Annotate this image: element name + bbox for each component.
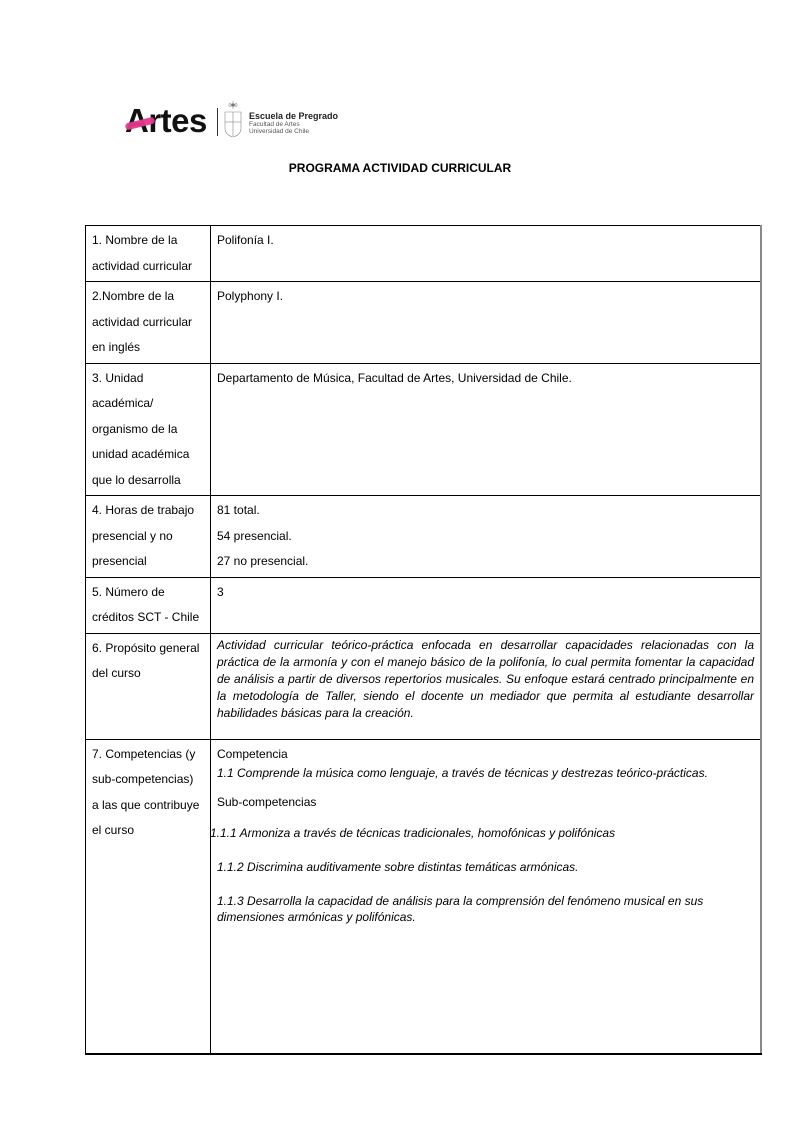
hours-no-presencial: 27 no presencial. xyxy=(217,549,754,575)
logo-divider xyxy=(217,108,218,136)
row-label: 4. Horas de trabajo presencial y no pres… xyxy=(86,496,211,578)
row-value: Polyphony I. xyxy=(211,282,762,364)
table-row: 6. Propósito general del curso Actividad… xyxy=(86,633,762,739)
label-line: sub-competencias) xyxy=(92,767,204,793)
label-line: presencial xyxy=(92,549,204,575)
label-line: créditos SCT - Chile xyxy=(92,605,204,631)
label-line: 6. Propósito general xyxy=(92,636,204,662)
activity-name-english: Polyphony I. xyxy=(217,284,754,310)
label-line: el curso xyxy=(92,818,204,844)
row-label: 7. Competencias (y sub-competencias) a l… xyxy=(86,739,211,1054)
sub-competencia-item: 1.1.3 Desarrolla la capacidad de análisi… xyxy=(217,893,754,925)
table-row: 2.Nombre de la actividad curricular en i… xyxy=(86,282,762,364)
row-label: 1. Nombre de la actividad curricular xyxy=(86,226,211,282)
label-line: 3. Unidad xyxy=(92,366,204,392)
row-label: 6. Propósito general del curso xyxy=(86,633,211,739)
course-purpose: Actividad curricular teórico-práctica en… xyxy=(217,636,754,722)
program-table: 1. Nombre de la actividad curricular Pol… xyxy=(85,225,762,1055)
label-line: actividad curricular xyxy=(92,310,204,336)
competencia-heading: Competencia xyxy=(217,742,754,767)
row-label: 2.Nombre de la actividad curricular en i… xyxy=(86,282,211,364)
label-line: 7. Competencias (y xyxy=(92,742,204,768)
label-line: 5. Número de xyxy=(92,580,204,606)
sub-competencias-heading: Sub-competencias xyxy=(217,794,754,810)
university-crest-icon xyxy=(223,100,243,138)
label-line: presencial y no xyxy=(92,524,204,550)
row-value: Actividad curricular teórico-práctica en… xyxy=(211,633,762,739)
sub-competencia-item: 1.1.2 Discrimina auditivamente sobre dis… xyxy=(217,859,754,875)
logo-university: Universidad de Chile xyxy=(249,129,338,136)
row-value: 81 total. 54 presencial. 27 no presencia… xyxy=(211,496,762,578)
logo-school-name: Escuela de Pregrado xyxy=(249,112,338,121)
hours-total: 81 total. xyxy=(217,498,754,524)
row-label: 5. Número de créditos SCT - Chile xyxy=(86,577,211,633)
label-line: unidad académica xyxy=(92,442,204,468)
hours-presencial: 54 presencial. xyxy=(217,524,754,550)
table-row: 4. Horas de trabajo presencial y no pres… xyxy=(86,496,762,578)
label-line: 2.Nombre de la xyxy=(92,284,204,310)
label-line: que lo desarrolla xyxy=(92,468,204,494)
table-row: 1. Nombre de la actividad curricular Pol… xyxy=(86,226,762,282)
label-line: organismo de la xyxy=(92,417,204,443)
artes-logo: Artes Escuela de Pregrado Facultad de Ar… xyxy=(125,98,355,140)
row-label: 3. Unidad académica/ organismo de la uni… xyxy=(86,363,211,496)
row-value: Competencia 1.1 Comprende la música como… xyxy=(211,739,762,1054)
row-value: Departamento de Música, Facultad de Arte… xyxy=(211,363,762,496)
table-row: 5. Número de créditos SCT - Chile 3 xyxy=(86,577,762,633)
row-value: 3 xyxy=(211,577,762,633)
page-title: PROGRAMA ACTIVIDAD CURRICULAR xyxy=(0,161,800,175)
label-line: del curso xyxy=(92,661,204,687)
label-line: 1. Nombre de la xyxy=(92,228,204,254)
row-value: Polifonía I. xyxy=(211,226,762,282)
table-row: 7. Competencias (y sub-competencias) a l… xyxy=(86,739,762,1054)
competencia-text: 1.1 Comprende la música como lenguaje, a… xyxy=(217,765,754,781)
label-line: 4. Horas de trabajo xyxy=(92,498,204,524)
label-line: actividad curricular xyxy=(92,254,204,280)
credits-value: 3 xyxy=(217,580,754,606)
table-row: 3. Unidad académica/ organismo de la uni… xyxy=(86,363,762,496)
label-line: en inglés xyxy=(92,335,204,361)
academic-unit: Departamento de Música, Facultad de Arte… xyxy=(217,366,754,392)
activity-name: Polifonía I. xyxy=(217,228,754,254)
label-line: a las que contribuye xyxy=(92,793,204,819)
sub-competencia-item: 1.1.1 Armoniza a través de técnicas trad… xyxy=(210,825,754,841)
label-line: académica/ xyxy=(92,391,204,417)
